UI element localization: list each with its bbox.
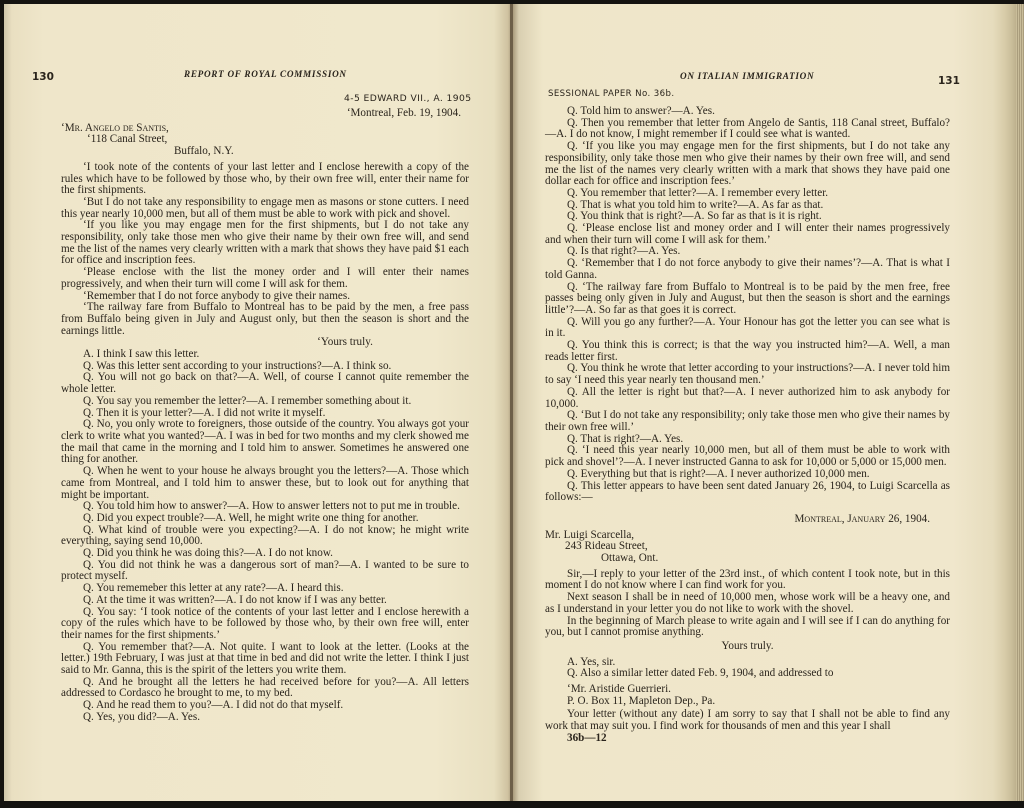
letter-date: ‘Montreal, Feb. 19, 1904. (61, 108, 469, 120)
testimony-line: Q. Also a similar letter dated Feb. 9, 1… (545, 668, 950, 680)
testimony-line: Q. Everything but that is right?—A. I ne… (545, 469, 950, 481)
letter-paragraph: Next season I shall be in need of 10,000… (545, 592, 950, 615)
letter3-name: ‘Mr. Aristide Guerrieri. (545, 684, 950, 696)
letter-paragraph: ‘I took note of the contents of your las… (61, 162, 469, 197)
testimony-line: Q. This letter appears to have been sent… (545, 481, 950, 504)
letter2-date: Montreal, January 26, 1904. (545, 514, 950, 526)
testimony-line: Q. Did you expect trouble?—A. Well, he m… (61, 513, 469, 525)
right-page: ON ITALIAN IMMIGRATION 131 SESSIONAL PAP… (513, 4, 1018, 801)
running-head: ON ITALIAN IMMIGRATION (680, 71, 814, 81)
running-head: REPORT OF ROYAL COMMISSION (184, 69, 347, 79)
letter3-paragraph: Your letter (without any date) I am sorr… (545, 709, 950, 732)
testimony-line: Q. ‘But I do not take any responsibility… (545, 410, 950, 433)
testimony-line: Q. All the letter is right but that?—A. … (545, 387, 950, 410)
letter2-city: Ottawa, Ont. (545, 553, 950, 565)
testimony-line: Q. And he brought all the letters he had… (61, 677, 469, 700)
addressee-city: Buffalo, N.Y. (61, 146, 469, 158)
testimony-line: Q. ‘The railway fare from Buffalo to Mon… (545, 282, 950, 317)
left-page-text: ‘Montreal, Feb. 19, 1904. ‘Mr. Angelo de… (61, 108, 469, 724)
page-number: 130 (32, 71, 54, 83)
signature-mark: 36b—12 (545, 733, 950, 745)
testimony-line: Q. Did you think he was doing this?—A. I… (61, 548, 469, 560)
testimony-line: Q. Then you remember that letter from An… (545, 118, 950, 141)
letter-paragraph: ‘Please enclose with the list the money … (61, 267, 469, 290)
testimony-line: Q. Told him to answer?—A. Yes. (545, 106, 950, 118)
testimony-line: Q. Yes, you did?—A. Yes. (61, 712, 469, 724)
testimony-line: Q. No, you only wrote to foreigners, tho… (61, 419, 469, 466)
testimony: Q. Told him to answer?—A. Yes.Q. Then yo… (545, 106, 950, 504)
letter-body: ‘I took note of the contents of your las… (61, 162, 469, 338)
letter2-signoff: Yours truly. (545, 641, 950, 653)
testimony-line: Q. You say you remember the letter?—A. I… (61, 396, 469, 408)
open-book: 130 REPORT OF ROYAL COMMISSION 4-5 EDWAR… (0, 4, 1024, 801)
testimony-line: A. I think I saw this letter. (61, 349, 469, 361)
addressee-street: ‘118 Canal Street, (61, 134, 469, 146)
testimony-line: Q. ‘I need this year nearly 10,000 men, … (545, 445, 950, 468)
letter-paragraph: ‘If you like you may engage men for the … (61, 220, 469, 267)
testimony-line: Q. You will not go back on that?—A. Well… (61, 372, 469, 395)
testimony-line: Q. ‘Please enclose list and money order … (545, 223, 950, 246)
testimony-line: Q. You think he wrote that letter accord… (545, 363, 950, 386)
letter-paragraph: In the beginning of March please to writ… (545, 616, 950, 639)
testimony-line: Q. Will you go any further?—A. Your Hono… (545, 317, 950, 340)
testimony-line: Q. You did not think he was a dangerous … (61, 560, 469, 583)
letter2-body: Sir,—I reply to your letter of the 23rd … (545, 569, 950, 639)
letter-paragraph: Sir,—I reply to your letter of the 23rd … (545, 569, 950, 592)
sessional-paper: SESSIONAL PAPER No. 36b. (548, 89, 674, 99)
page-number: 131 (938, 75, 960, 87)
testimony: A. I think I saw this letter.Q. Was this… (61, 349, 469, 724)
left-page: 130 REPORT OF ROYAL COMMISSION 4-5 EDWAR… (4, 4, 512, 801)
letter-paragraph: ‘But I do not take any responsibility to… (61, 197, 469, 220)
testimony-line: Q. You say: ‘I took notice of the conten… (61, 607, 469, 642)
testimony-line: Q. You remember that letter?—A. I rememb… (545, 188, 950, 200)
testimony-line: Q. ‘Remember that I do not force anybody… (545, 258, 950, 281)
testimony-line: Q. ‘If you like you may engage men for t… (545, 141, 950, 188)
testimony-line: Q. At the time it was written?—A. I do n… (61, 595, 469, 607)
after-letter-testimony: A. Yes, sir.Q. Also a similar letter dat… (545, 657, 950, 680)
letter3-address: P. O. Box 11, Mapleton Dep., Pa. (545, 696, 950, 708)
letter-paragraph: ‘The railway fare from Buffalo to Montre… (61, 302, 469, 337)
testimony-line: Q. You remember that?—A. Not quite. I wa… (61, 642, 469, 677)
testimony-line: Q. What kind of trouble were you expecti… (61, 525, 469, 548)
testimony-line: Q. When he went to your house he always … (61, 466, 469, 501)
right-page-text: Q. Told him to answer?—A. Yes.Q. Then yo… (545, 106, 950, 745)
regnal-line: 4-5 EDWARD VII., A. 1905 (344, 93, 471, 104)
page-edges (1016, 4, 1024, 801)
testimony-line: Q. You think this is correct; is that th… (545, 340, 950, 363)
